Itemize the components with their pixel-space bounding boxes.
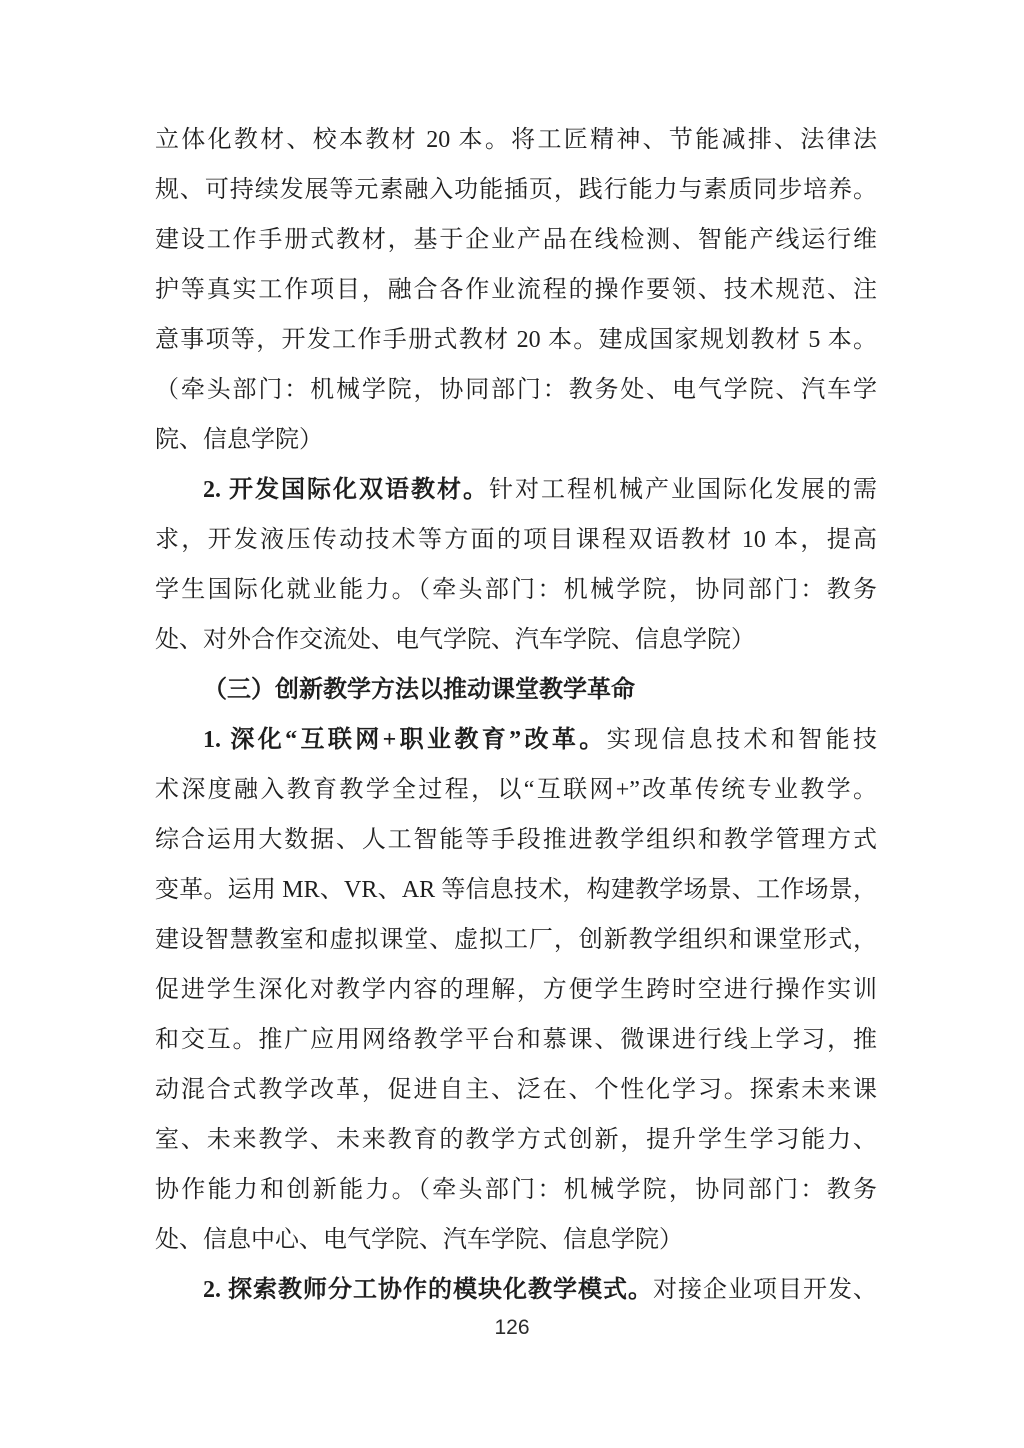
text-run: 对接企业项目开发、 [653,1277,877,1303]
text-run: 建设智慧教室和虚拟课堂、虚拟工厂，创新教学组织和课堂形式， [155,927,877,953]
text-run: 处、信息中心、电气学院、汽车学院、信息学院） [155,1227,683,1253]
paragraph-lead-line: 2. 开发国际化双语教材。针对工程机械产业国际化发展的需 [155,465,877,515]
text-line: 意事项等，开发工作手册式教材 20 本。建成国家规划教材 5 本。 [155,315,877,365]
text-line: 变革。运用 MR、VR、AR 等信息技术，构建教学场景、工作场景， [155,865,877,915]
text-line: （牵头部门：机械学院，协同部门：教务处、电气学院、汽车学 [155,365,877,415]
text-line: 建设工作手册式教材，基于企业产品在线检测、智能产线运行维 [155,215,877,265]
text-run: 建设工作手册式教材，基于企业产品在线检测、智能产线运行维 [155,227,877,253]
text-line: 院、信息学院） [155,415,877,465]
text-run: 促进学生深化对教学内容的理解，方便学生跨时空进行操作实训 [155,977,877,1003]
text-run: 院、信息学院） [155,427,323,453]
text-run: 术深度融入教育教学全过程，以“互联网+”改革传统专业教学。 [155,777,877,803]
text-line: 建设智慧教室和虚拟课堂、虚拟工厂，创新教学组织和课堂形式， [155,915,877,965]
text-run: 实现信息技术和智能技 [607,727,877,753]
text-run: 立体化教材、校本教材 20 本。将工匠精神、节能减排、法律法 [155,127,877,153]
text-line: 促进学生深化对教学内容的理解，方便学生跨时空进行操作实训 [155,965,877,1015]
text-run: 协作能力和创新能力。（牵头部门：机械学院，协同部门：教务 [155,1177,877,1203]
text-run: 针对工程机械产业国际化发展的需 [489,477,877,503]
text-line: 综合运用大数据、人工智能等手段推进教学组织和教学管理方式 [155,815,877,865]
text-run: 规、可持续发展等元素融入功能插页，践行能力与素质同步培养。 [155,177,877,203]
text-run: 处、对外合作交流处、电气学院、汽车学院、信息学院） [155,627,755,653]
document-page: 立体化教材、校本教材 20 本。将工匠精神、节能减排、法律法 规、可持续发展等元… [0,0,1024,1448]
text-line: 处、信息中心、电气学院、汽车学院、信息学院） [155,1215,877,1265]
text-run: 学生国际化就业能力。（牵头部门：机械学院，协同部门：教务 [155,577,877,603]
text-run: 求，开发液压传动技术等方面的项目课程双语教材 10 本，提高 [155,527,877,553]
text-line: 协作能力和创新能力。（牵头部门：机械学院，协同部门：教务 [155,1165,877,1215]
text-run: 综合运用大数据、人工智能等手段推进教学组织和教学管理方式 [155,827,877,853]
text-line: 学生国际化就业能力。（牵头部门：机械学院，协同部门：教务 [155,565,877,615]
text-run: 动混合式教学改革，促进自主、泛在、个性化学习。探索未来课 [155,1077,877,1103]
text-line: 和交互。推广应用网络教学平台和慕课、微课进行线上学习，推 [155,1015,877,1065]
page-number: 126 [0,1316,1024,1340]
document-body: 立体化教材、校本教材 20 本。将工匠精神、节能减排、法律法 规、可持续发展等元… [155,115,877,1315]
section-heading: （三）创新教学方法以推动课堂教学革命 [155,665,877,715]
text-run: 意事项等，开发工作手册式教材 20 本。建成国家规划教材 5 本。 [155,327,877,353]
bold-run: （三）创新教学方法以推动课堂教学革命 [203,677,635,703]
text-run: 变革。运用 MR、VR、AR 等信息技术，构建教学场景、工作场景， [155,877,877,903]
paragraph-lead-line: 1. 深化“互联网+职业教育”改革。实现信息技术和智能技 [155,715,877,765]
text-line: 护等真实工作项目，融合各作业流程的操作要领、技术规范、注 [155,265,877,315]
bold-run: 2. 探索教师分工协作的模块化教学模式。 [203,1277,653,1303]
text-line: 术深度融入教育教学全过程，以“互联网+”改革传统专业教学。 [155,765,877,815]
text-run: 护等真实工作项目，融合各作业流程的操作要领、技术规范、注 [155,277,877,303]
text-line: 立体化教材、校本教材 20 本。将工匠精神、节能减排、法律法 [155,115,877,165]
text-line: 处、对外合作交流处、电气学院、汽车学院、信息学院） [155,615,877,665]
text-run: 室、未来教学、未来教育的教学方式创新，提升学生学习能力、 [155,1127,877,1153]
text-line: 求，开发液压传动技术等方面的项目课程双语教材 10 本，提高 [155,515,877,565]
text-line: 规、可持续发展等元素融入功能插页，践行能力与素质同步培养。 [155,165,877,215]
paragraph-lead-line: 2. 探索教师分工协作的模块化教学模式。对接企业项目开发、 [155,1265,877,1315]
text-run: 和交互。推广应用网络教学平台和慕课、微课进行线上学习，推 [155,1027,877,1053]
text-run: （牵头部门：机械学院，协同部门：教务处、电气学院、汽车学 [155,377,877,403]
bold-run: 2. 开发国际化双语教材。 [203,477,489,503]
text-line: 动混合式教学改革，促进自主、泛在、个性化学习。探索未来课 [155,1065,877,1115]
bold-run: 1. 深化“互联网+职业教育”改革。 [203,727,607,753]
text-line: 室、未来教学、未来教育的教学方式创新，提升学生学习能力、 [155,1115,877,1165]
